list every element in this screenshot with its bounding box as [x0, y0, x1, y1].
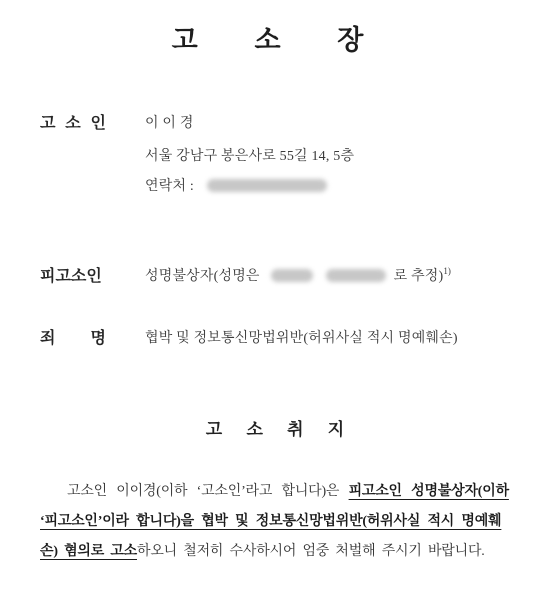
purpose-line1-normal: 고소인 이이경(이하 ‘고소인’라고 합니다)은 [67, 484, 339, 499]
purpose-line3-normal: 하오니 철저히 수사하시어 엄중 처벌해 주시기 바랍니다. [137, 544, 485, 559]
defendant-row: 피고소인 성명불상자(성명은로 추정)1) [0, 263, 560, 287]
complainant-contact-row: 연락처 : [0, 173, 560, 197]
purpose-line3-emphasis: 손) 혐의로 고소 [40, 544, 137, 559]
purpose-line2-emphasis: ‘피고소인’이라 합니다)을 협박 및 정보통신망법위반(허위사실 적시 명예훼 [40, 514, 501, 529]
redacted-contact-value [207, 179, 327, 192]
redacted-name-part-1 [271, 269, 313, 282]
complainant-name: 이 이 경 [145, 112, 194, 132]
defendant-value: 성명불상자(성명은로 추정)1) [145, 265, 451, 285]
purpose-line-3: 손) 혐의로 고소하오니 철저히 수사하시어 엄중 처벌해 주시기 바랍니다. [40, 537, 540, 567]
charge-label: 죄 명 [40, 325, 106, 348]
contact-label: 연락처 : [145, 179, 194, 194]
redacted-name-part-2 [326, 269, 386, 282]
complainant-label: 고 소 인 [40, 110, 106, 133]
defendant-value-after: 로 추정) [394, 269, 444, 284]
defendant-value-before: 성명불상자(성명은 [145, 269, 260, 284]
footnote-marker: 1) [443, 266, 451, 276]
charge-row: 죄 명 협박 및 정보통신망법위반(허위사실 적시 명예훼손) [0, 325, 560, 349]
defendant-label: 피고소인 [40, 263, 106, 286]
purpose-paragraph: 고소인 이이경(이하 ‘고소인’라고 합니다)은 피고소인 성명불상자(이하 ‘… [40, 477, 540, 567]
complainant-address: 서울 강남구 봉은사로 55길 14, 5층 [145, 145, 354, 165]
purpose-heading: 고 소 취 지 [0, 415, 560, 440]
complaint-document: 고 소 장 고 소 인 이 이 경 서울 강남구 봉은사로 55길 14, 5층… [0, 0, 560, 610]
purpose-line-1: 고소인 이이경(이하 ‘고소인’라고 합니다)은 피고소인 성명불상자(이하 [40, 477, 540, 507]
document-title: 고 소 장 [0, 18, 560, 57]
complainant-address-row: 서울 강남구 봉은사로 55길 14, 5층 [0, 143, 560, 167]
complainant-contact: 연락처 : [145, 175, 327, 195]
charge-value: 협박 및 정보통신망법위반(허위사실 적시 명예훼손) [145, 327, 458, 347]
complainant-row: 고 소 인 이 이 경 [0, 110, 560, 134]
purpose-line1-emphasis: 피고소인 성명불상자(이하 [349, 484, 509, 499]
purpose-line-2: ‘피고소인’이라 합니다)을 협박 및 정보통신망법위반(허위사실 적시 명예훼 [40, 507, 540, 537]
